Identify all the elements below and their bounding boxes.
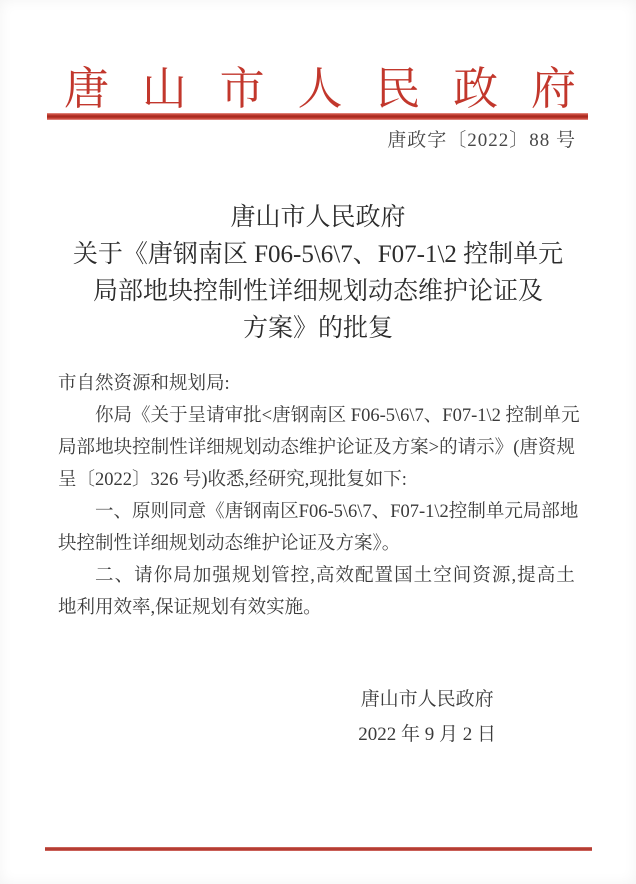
title-line: 关于《唐钢南区 F06-5\6\7、F07-1\2 控制单元 [0, 236, 636, 273]
document-body: 市自然资源和规划局: 你局《关于呈请审批<唐钢南区 F06-5\6\7、F07-… [58, 368, 575, 624]
body-line: 一、原则同意《唐钢南区F06-5\6\7、F07-1\2控制单元局部地 [58, 496, 575, 528]
letterhead-rule [47, 113, 588, 120]
body-line: 局部地块控制性详细规划动态维护论证及方案>的请示》(唐资规 [58, 432, 575, 464]
signature-block: 唐山市人民政府 2022 年 9 月 2 日 [358, 682, 496, 752]
document-title: 唐山市人民政府 关于《唐钢南区 F06-5\6\7、F07-1\2 控制单元 局… [0, 199, 636, 347]
body-line: 你局《关于呈请审批<唐钢南区 F06-5\6\7、F07-1\2 控制单元 [58, 400, 575, 432]
signature-issuer: 唐山市人民政府 [358, 682, 496, 717]
body-line: 块控制性详细规划动态维护论证及方案》。 [58, 528, 575, 560]
body-line: 二、请你局加强规划管控,高效配置国土空间资源,提高土 [58, 560, 575, 592]
salutation: 市自然资源和规划局: [58, 368, 575, 400]
title-line: 局部地块控制性详细规划动态维护论证及 [0, 273, 636, 310]
title-line: 方案》的批复 [0, 310, 636, 347]
title-line: 唐山市人民政府 [0, 199, 636, 236]
body-line: 呈〔2022〕326 号)收悉,经研究,现批复如下: [58, 464, 575, 496]
signature-date: 2022 年 9 月 2 日 [358, 717, 496, 752]
body-line: 地利用效率,保证规划有效实施。 [58, 592, 575, 624]
body-paragraph-lines: 你局《关于呈请审批<唐钢南区 F06-5\6\7、F07-1\2 控制单元局部地… [58, 400, 575, 624]
doc-number: 唐政字〔2022〕88 号 [387, 125, 576, 152]
letterhead-agency-title: 唐山市人民政府 [64, 52, 576, 106]
footer-rule [45, 847, 592, 851]
document-page: 唐山市人民政府 唐政字〔2022〕88 号 唐山市人民政府 关于《唐钢南区 F0… [0, 0, 636, 884]
